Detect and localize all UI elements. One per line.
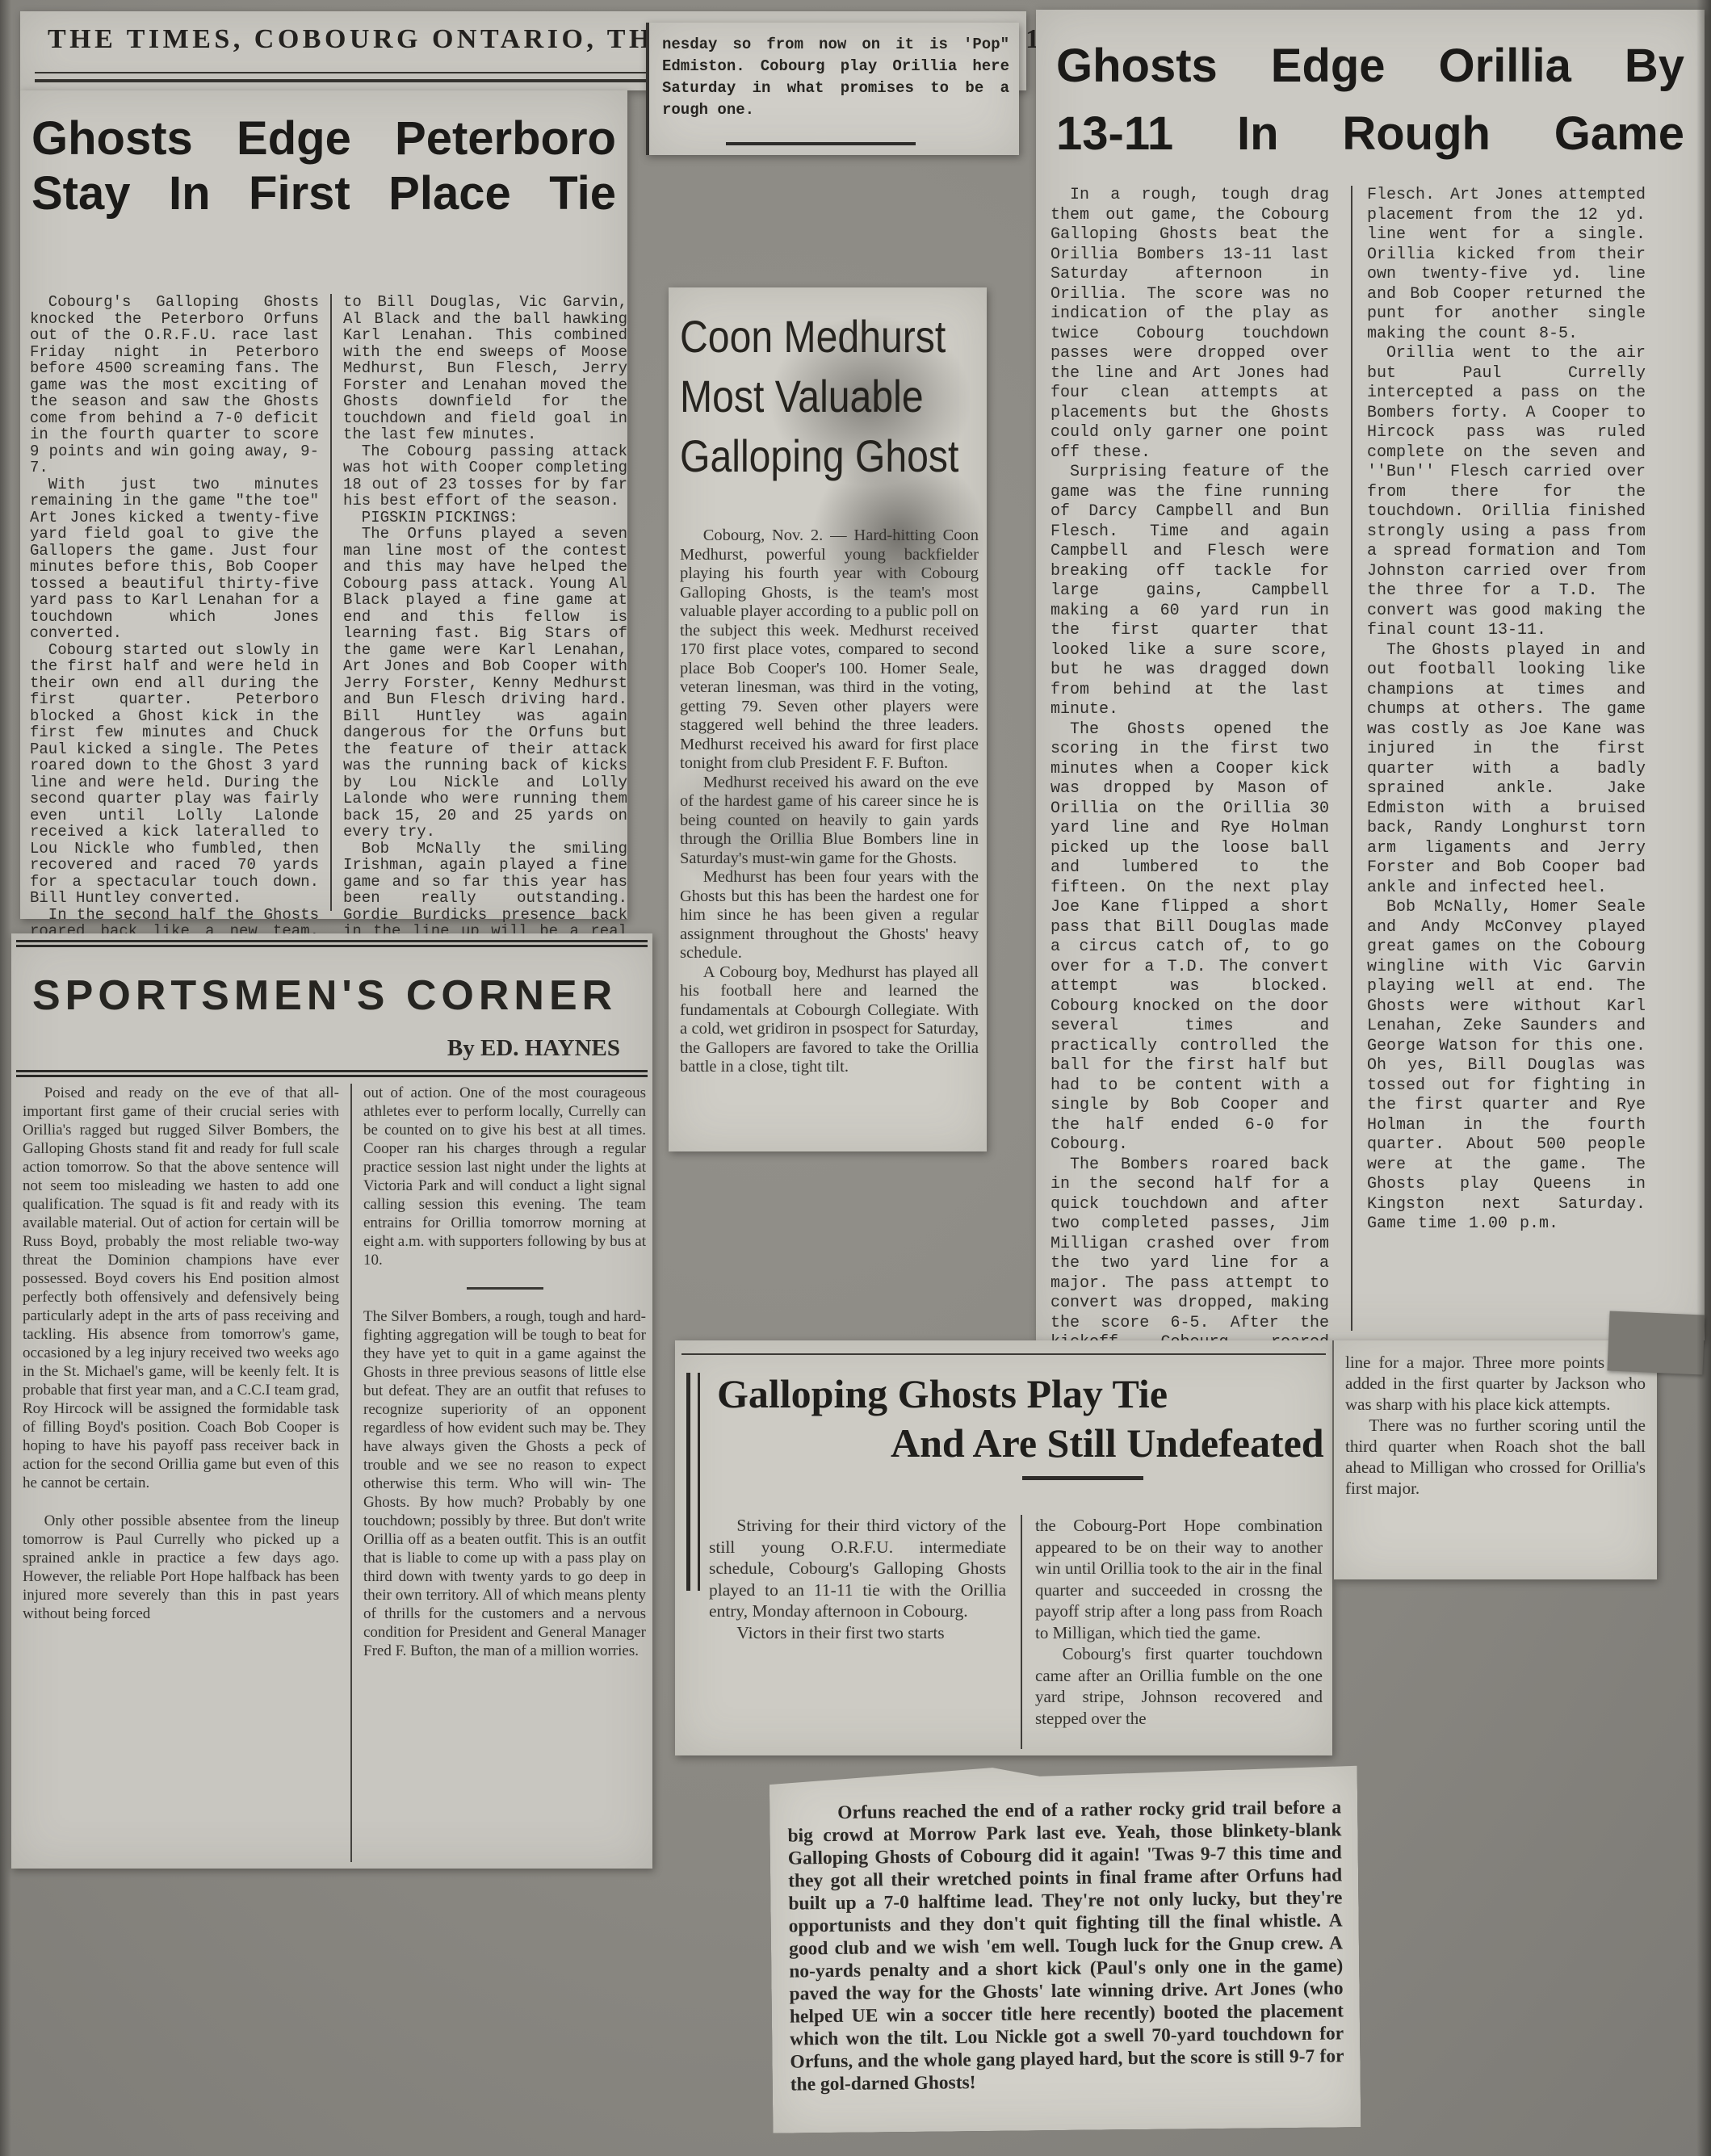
clip-tie-continuation: line for a major. Three more points were…: [1334, 1340, 1657, 1579]
medhurst-headline-line2: Most Valuable: [680, 367, 944, 426]
clip-article-tie: Galloping Ghosts Play Tie And Are Still …: [675, 1340, 1332, 1755]
peterboro-columns: Cobourg's Galloping Ghosts knocked the P…: [30, 294, 619, 911]
end-rule: [726, 142, 916, 145]
clip-article-medhurst: Coon Medhurst Most Valuable Galloping Gh…: [669, 287, 987, 1151]
column-divider: [330, 294, 332, 911]
photo-edge-shade: [0, 0, 11, 2156]
peterboro-headline: Ghosts Edge Peterboro Stay In First Plac…: [20, 90, 627, 221]
medhurst-headline-line3: Galloping Ghost: [680, 426, 944, 486]
medhurst-headline-line1: Coon Medhurst: [680, 307, 944, 367]
section-separator-rule: [467, 1287, 543, 1290]
clip-article-peterboro: Ghosts Edge Peterboro Stay In First Plac…: [20, 90, 627, 919]
sportsmens-title: SPORTSMEN'S CORNER: [16, 947, 648, 1020]
tie-headline-rule: [1022, 1476, 1143, 1480]
tie-column-1: Striving for their third victory of the …: [709, 1515, 1006, 1643]
tie-headline: Galloping Ghosts Play Tie And Are Still …: [675, 1340, 1332, 1468]
top-rule: [681, 1353, 1326, 1355]
tie-columns: Striving for their third victory of the …: [709, 1515, 1323, 1749]
pop-edmiston-text: nesday so from now on it is 'Pop" Edmist…: [649, 23, 1019, 121]
orillia-headline-line2: 13-11 In Rough Game: [1056, 100, 1684, 168]
peterboro-headline-line2: Stay In First Place Tie: [31, 166, 616, 221]
clip-article-orillia: Ghosts Edge Orillia By 13-11 In Rough Ga…: [1036, 10, 1705, 1340]
left-double-rule: [686, 1373, 700, 1591]
orillia-headline-line1: Ghosts Edge Orillia By: [1056, 32, 1684, 100]
sportsmens-header-box: SPORTSMEN'S CORNER By ED. HAYNES: [16, 940, 648, 1077]
editorial-body: Orfuns reached the end of a rather rocky…: [787, 1796, 1344, 2126]
clip-pop-edmiston: nesday so from now on it is 'Pop" Edmist…: [646, 23, 1019, 155]
sportsmens-column-2b: The Silver Bombers, a rough, tough and h…: [363, 1307, 646, 1660]
sportsmens-columns: Poised and ready on the eve of that all-…: [23, 1084, 646, 1862]
medhurst-body: Cobourg, Nov. 2. — Hard-hitting Coon Med…: [680, 526, 979, 1145]
sportsmens-column-2a: out of action. One of the most courageou…: [363, 1084, 646, 1269]
peterboro-column-1: Cobourg's Galloping Ghosts knocked the P…: [30, 294, 319, 956]
photo-edge-shade: [1696, 0, 1711, 2156]
column-divider: [1351, 186, 1352, 1331]
column-divider: [350, 1084, 352, 1862]
tie-column-2: the Cobourg-Port Hope combination appear…: [1035, 1515, 1323, 1729]
tie-headline-line2: And Are Still Undefeated: [891, 1418, 1332, 1468]
scrapbook-page: THE TIMES, COBOURG ONTARIO, THURSDAY OCT…: [0, 0, 1711, 2156]
continuation-body: line for a major. Three more points were…: [1345, 1352, 1646, 1573]
peterboro-column-2: to Bill Douglas, Vic Garvin, Al Black an…: [343, 294, 627, 1006]
clip-editorial: Orfuns reached the end of a rather rocky…: [770, 1762, 1361, 2133]
sportsmens-column-1: Poised and ready on the eve of that all-…: [23, 1084, 339, 1623]
column-divider: [1021, 1515, 1022, 1749]
orillia-column-2: Flesch. Art Jones attempted placement fr…: [1367, 186, 1646, 1235]
orillia-columns: In a rough, tough drag them out game, th…: [1051, 186, 1695, 1331]
sportsmens-column-2: out of action. One of the most courageou…: [363, 1084, 646, 1660]
paper-scrap: [1607, 1311, 1705, 1374]
clip-sportsmens-corner: SPORTSMEN'S CORNER By ED. HAYNES Poised …: [11, 933, 652, 1869]
medhurst-headline: Coon Medhurst Most Valuable Galloping Gh…: [669, 287, 987, 486]
orillia-column-1: In a rough, tough drag them out game, th…: [1051, 186, 1329, 1393]
sportsmens-byline: By ED. HAYNES: [447, 1035, 620, 1062]
peterboro-headline-line1: Ghosts Edge Peterboro: [31, 111, 616, 166]
orillia-headline: Ghosts Edge Orillia By 13-11 In Rough Ga…: [1036, 10, 1705, 168]
tie-headline-line1: Galloping Ghosts Play Tie: [717, 1370, 1332, 1418]
